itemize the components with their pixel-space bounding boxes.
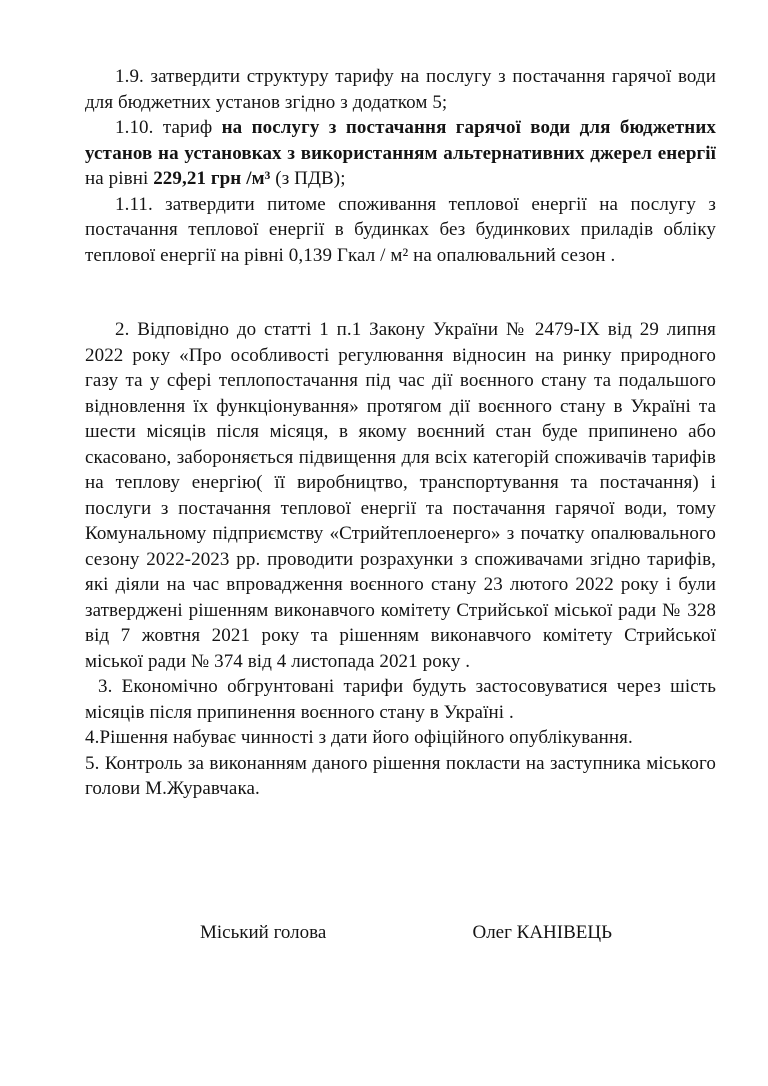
text-run: 3. Економічно обгрунтовані тарифи будуть… — [85, 676, 716, 723]
paragraph-item-5: 5. Контроль за виконанням даного рішення… — [85, 751, 716, 802]
paragraph-item-1-11: 1.11. затвердити питоме споживання тепло… — [85, 192, 716, 269]
paragraph-item-3: 3. Економічно обгрунтовані тарифи будуть… — [85, 674, 716, 725]
paragraph-item-1-9: 1.9. затвердити структуру тарифу на посл… — [85, 64, 716, 115]
bold-text-run: 229,21 грн /м³ — [153, 168, 270, 189]
signature-name: Олег КАНІВЕЦЬ — [472, 920, 612, 946]
document-page: 1.9. затвердити структуру тарифу на посл… — [0, 0, 768, 1086]
paragraph-item-4: 4.Рішення набуває чинності з дати його о… — [85, 725, 716, 751]
text-run: (з ПДВ); — [270, 168, 345, 189]
text-run: 4.Рішення набуває чинності з дати його о… — [85, 727, 633, 748]
text-run: 1.11. затвердити питоме споживання тепло… — [85, 194, 716, 266]
signature-title: Міський голова — [200, 920, 326, 946]
text-run: 1.9. затвердити структуру тарифу на посл… — [85, 66, 716, 113]
paragraph-item-1-10: 1.10. тариф на послугу з постачання гаря… — [85, 115, 716, 192]
text-run: 1.10. тариф — [115, 117, 222, 138]
signature-block: Міський голова Олег КАНІВЕЦЬ — [85, 920, 716, 946]
text-run: на рівні — [85, 168, 153, 189]
text-run: 2. Відповідно до статті 1 п.1 Закону Укр… — [85, 319, 716, 672]
text-run: 5. Контроль за виконанням даного рішення… — [85, 753, 716, 800]
paragraph-item-2: 2. Відповідно до статті 1 п.1 Закону Укр… — [85, 317, 716, 674]
